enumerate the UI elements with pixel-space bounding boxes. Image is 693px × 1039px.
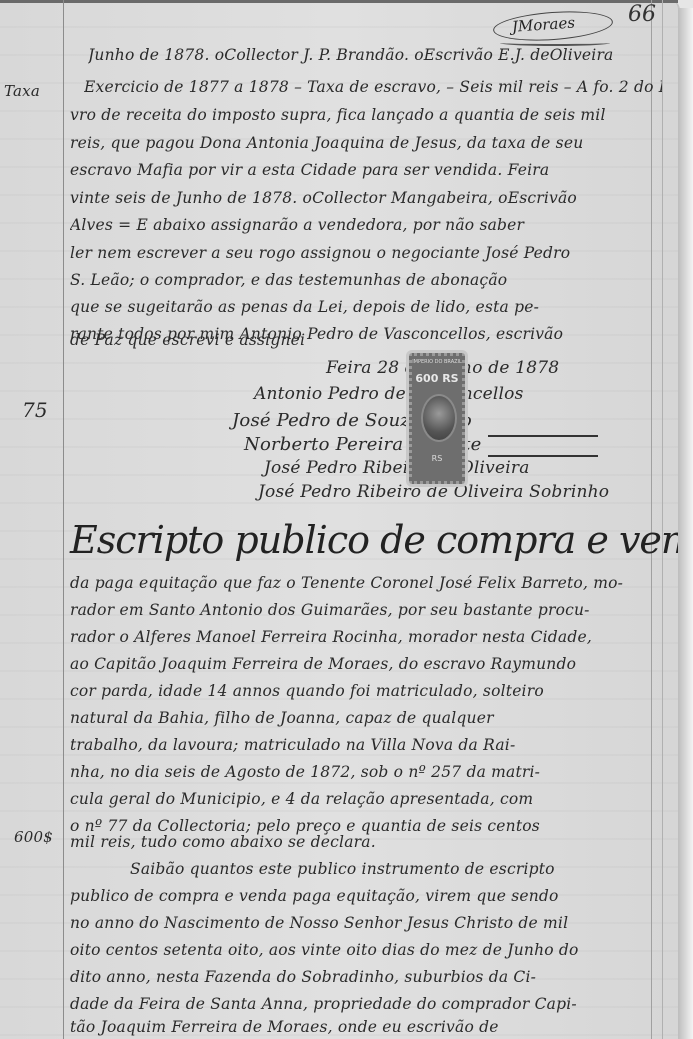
left-margin-rule bbox=[63, 0, 64, 1039]
rubric-signature: JMoraes bbox=[492, 8, 614, 44]
text-line: que se sugeitarão as penas da Lei, depoi… bbox=[70, 298, 648, 316]
body-line: publico de compra e venda paga equitação… bbox=[70, 887, 648, 905]
signature-4: José Pedro Ribeiro de Oliveira bbox=[264, 458, 530, 478]
text-line: Alves = E abaixo assignarão a vendedora,… bbox=[70, 216, 648, 234]
text-line: Exercicio de 1877 a 1878 – Taxa de escra… bbox=[84, 78, 662, 96]
text-line: escravo Mafia por vir a esta Cidade para… bbox=[70, 161, 648, 179]
body-line: rador o Alferes Manoel Ferreira Rocinha,… bbox=[70, 628, 648, 646]
signature-5: José Pedro Ribeiro de Oliveira Sobrinho bbox=[258, 482, 609, 502]
manuscript-page: JMoraes 66 Taxa 75 600$ Junho de 1878. o… bbox=[0, 0, 680, 1039]
strike-line bbox=[488, 435, 598, 437]
body-line: nha, no dia seis de Agosto de 1872, sob … bbox=[70, 763, 648, 781]
folio-number: 66 bbox=[628, 2, 656, 27]
body-line: no anno do Nascimento de Nosso Senhor Je… bbox=[70, 914, 648, 932]
body-line: cor parda, idade 14 annos quando foi mat… bbox=[70, 682, 648, 700]
strike-line bbox=[488, 455, 598, 457]
page-top-edge bbox=[0, 0, 678, 3]
text-line: S. Leão; o comprador, e das testemunhas … bbox=[70, 271, 648, 289]
body-line: natural da Bahia, filho de Joanna, capaz… bbox=[70, 709, 648, 727]
signature-1: Antonio Pedro de Vasconcellos bbox=[254, 384, 524, 404]
body-line: dito anno, nesta Fazenda do Sobradinho, … bbox=[70, 968, 648, 986]
revenue-stamp: IMPERIO DO BRAZIL 600 RS RS bbox=[409, 353, 465, 484]
margin-note-taxa: Taxa bbox=[4, 82, 40, 100]
body-line: mil reis, tudo como abaixo se declara. bbox=[70, 833, 648, 851]
stamp-portrait-icon bbox=[421, 394, 457, 442]
margin-note-number: 75 bbox=[22, 398, 48, 422]
text-line: de Paz que escrevi e assignei bbox=[70, 331, 305, 349]
text-line: vro de receita do imposto supra, fica la… bbox=[70, 106, 648, 124]
body-line: cula geral do Municipio, e 4 da relação … bbox=[70, 790, 648, 808]
section-title: Escripto publico de compra e ven- bbox=[70, 518, 693, 562]
body-line: Saibão quantos este publico instrumento … bbox=[130, 860, 648, 878]
body-line: rador em Santo Antonio dos Guimarães, po… bbox=[70, 601, 648, 619]
margin-note-amount: 600$ bbox=[14, 828, 53, 846]
text-line: ler nem escrever a seu rogo assignou o n… bbox=[70, 244, 648, 262]
body-line: ao Capitão Joaquim Ferreira de Moraes, d… bbox=[70, 655, 648, 673]
body-line: da paga equitação que faz o Tenente Coro… bbox=[70, 574, 648, 592]
text-line: Junho de 1878. oCollector J. P. Brandão.… bbox=[88, 46, 666, 64]
text-line: reis, que pagou Dona Antonia Joaquina de… bbox=[70, 134, 648, 152]
body-line: tão Joaquim Ferreira de Moraes, onde eu … bbox=[70, 1018, 648, 1036]
body-line: trabalho, da lavoura; matriculado na Vil… bbox=[70, 736, 648, 754]
page-edge-shadow bbox=[678, 8, 693, 1039]
text-line: vinte seis de Junho de 1878. oCollector … bbox=[70, 189, 648, 207]
body-line: oito centos setenta oito, aos vinte oito… bbox=[70, 941, 648, 959]
body-line: dade da Feira de Santa Anna, propriedade… bbox=[70, 995, 648, 1013]
